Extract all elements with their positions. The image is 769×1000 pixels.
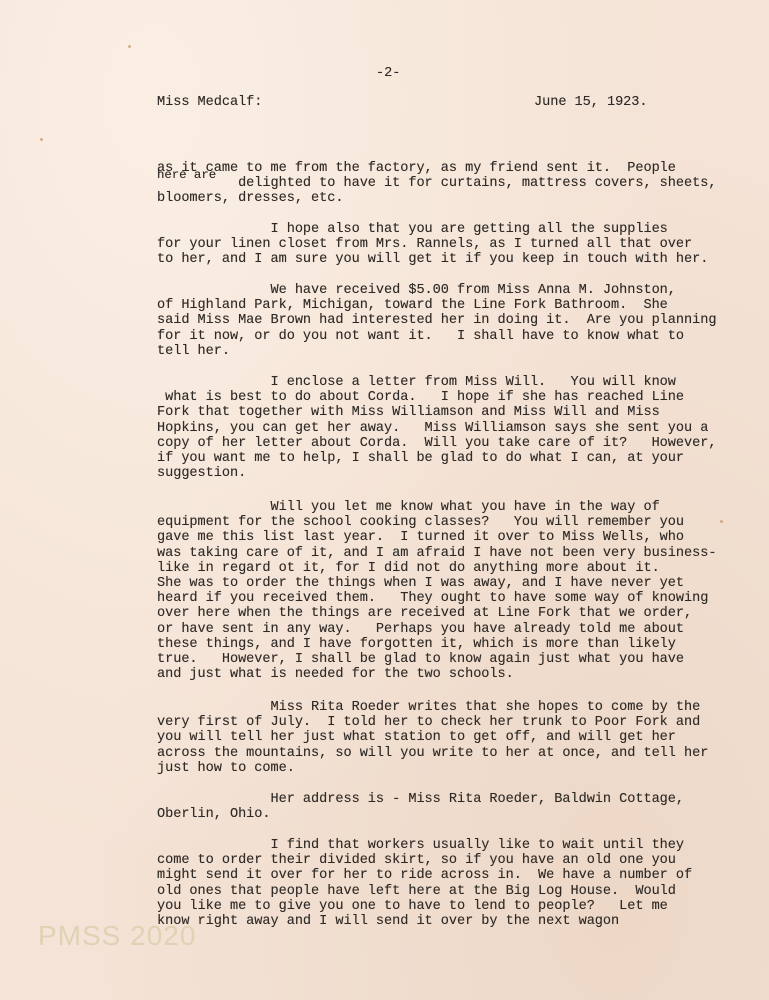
- text-line: or have sent in any way. Perhaps you hav…: [157, 622, 684, 637]
- text-line: for it now, or do you not want it. I sha…: [157, 329, 684, 344]
- text-line: true. However, I shall be glad to know a…: [157, 652, 684, 667]
- watermark: PMSS 2020: [38, 920, 196, 952]
- text-line: old ones that people have left here at t…: [157, 884, 676, 899]
- text-line: for your linen closet from Mrs. Rannels,…: [157, 237, 692, 252]
- addressee: Miss Medcalf:: [157, 95, 262, 110]
- text-line: Oberlin, Ohio.: [157, 807, 271, 822]
- text-line: you will tell her just what station to g…: [157, 730, 676, 745]
- text-line: come to order their divided skirt, so if…: [157, 853, 676, 868]
- text-line: I enclose a letter from Miss Will. You w…: [157, 375, 676, 390]
- text-line: said Miss Mae Brown had interested her i…: [157, 313, 716, 328]
- text-line: to her, and I am sure you will get it if…: [157, 252, 708, 267]
- paper-speck: [720, 520, 723, 523]
- text-line: was taking care of it, and I am afraid I…: [157, 546, 716, 561]
- text-line: Her address is - Miss Rita Roeder, Baldw…: [157, 792, 684, 807]
- text-line: very first of July. I told her to check …: [157, 715, 700, 730]
- text-line: you like me to give you one to have to l…: [157, 899, 668, 914]
- text-line: equipment for the school cooking classes…: [157, 515, 684, 530]
- text-line: of Highland Park, Michigan, toward the L…: [157, 298, 668, 313]
- text-line: what is best to do about Corda. I hope i…: [157, 390, 684, 405]
- overtyped-insert: here are: [157, 168, 216, 183]
- text-line: Fork that together with Miss Williamson …: [157, 405, 660, 420]
- text-line: these things, and I have forgotten it, w…: [157, 637, 676, 652]
- text-line: bloomers, dresses, etc.: [157, 191, 343, 206]
- text-line: across the mountains, so will you write …: [157, 746, 708, 761]
- text-line: might send it over for her to ride acros…: [157, 868, 692, 883]
- text-line: She was to order the things when I was a…: [157, 576, 684, 591]
- page-number: -2-: [376, 66, 400, 81]
- text-line: and just what is needed for the two scho…: [157, 667, 514, 682]
- text-line: suggestion.: [157, 466, 246, 481]
- text-line: as it came to me from the factory, as my…: [157, 161, 676, 176]
- paper-speck: [40, 138, 43, 141]
- text-line: Miss Rita Roeder writes that she hopes t…: [157, 700, 700, 715]
- text-line: I hope also that you are getting all the…: [157, 222, 668, 237]
- text-line: heard if you received them. They ought t…: [157, 591, 708, 606]
- letter-date: June 15, 1923.: [534, 95, 648, 110]
- text-line: We have received $5.00 from Miss Anna M.…: [157, 283, 676, 298]
- text-line: Hopkins, you can get her away. Miss Will…: [157, 421, 708, 436]
- paper-speck: [128, 45, 131, 48]
- text-line: gave me this list last year. I turned it…: [157, 530, 684, 545]
- text-line: know right away and I will send it over …: [157, 914, 619, 929]
- text-line: Will you let me know what you have in th…: [157, 500, 660, 515]
- text-line: like in regard ot it, for I did not do a…: [157, 561, 660, 576]
- text-line: if you want me to help, I shall be glad …: [157, 451, 684, 466]
- text-line: over here when the things are received a…: [157, 606, 692, 621]
- text-line: copy of her letter about Corda. Will you…: [157, 436, 716, 451]
- text-line: I find that workers usually like to wait…: [157, 838, 684, 853]
- letter-page: -2- Miss Medcalf: June 15, 1923. as it c…: [0, 0, 769, 1000]
- text-line: tell her.: [157, 344, 230, 359]
- text-line: just how to come.: [157, 761, 295, 776]
- text-line: delighted to have it for curtains, mattr…: [157, 176, 716, 191]
